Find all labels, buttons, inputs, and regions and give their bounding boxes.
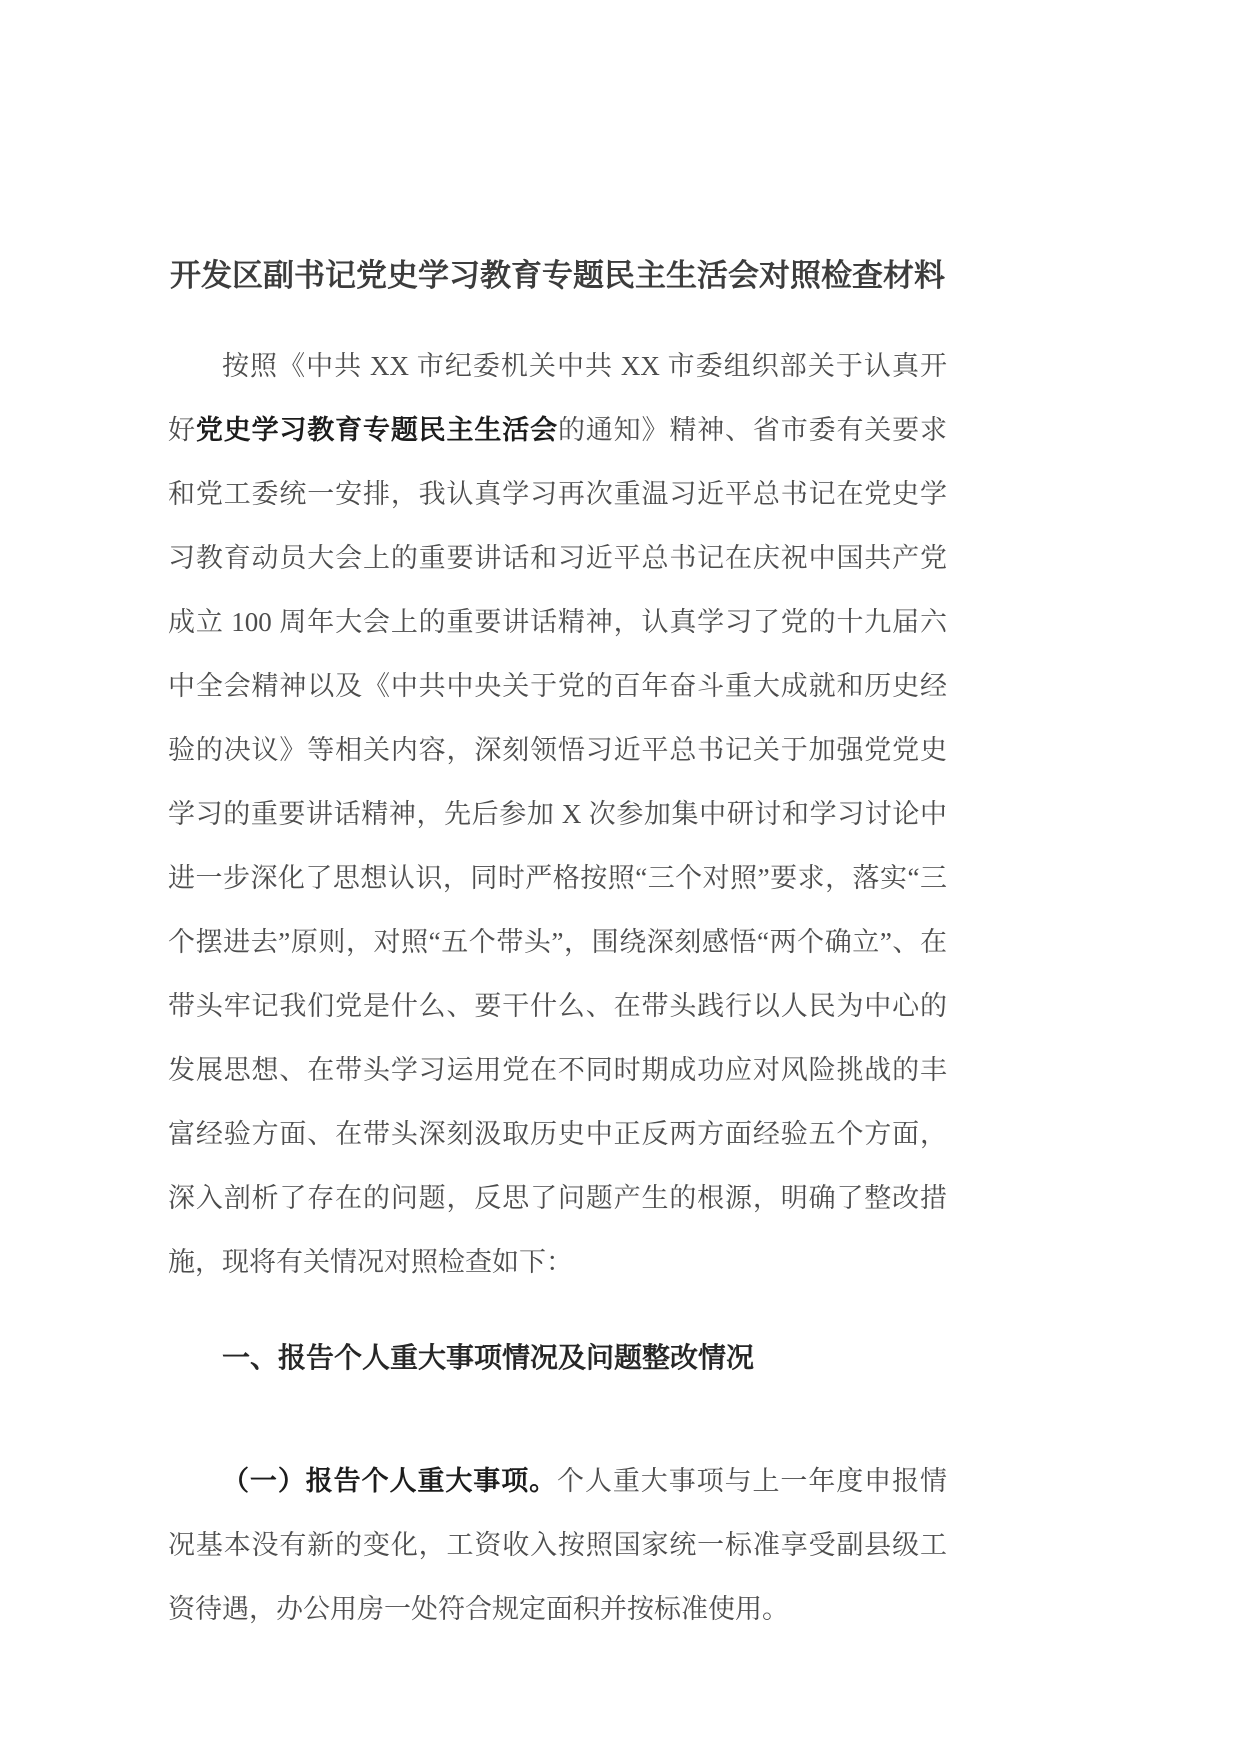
section-1-paragraph-1-lead-bold: （一）报告个人重大事项。 [222,1466,557,1496]
intro-paragraph: 按照《中共 XX 市纪委机关中共 XX 市委组织部关于认真开好党史学习教育专题民… [168,334,947,1294]
document-page: 开发区副书记党史学习教育专题民主生活会对照检查材料 按照《中共 XX 市纪委机关… [0,0,1241,1755]
intro-run-bold: 党史学习教育专题民主生活会 [196,415,558,445]
section-1-heading: 一、报告个人重大事项情况及问题整改情况 [168,1327,947,1391]
section-1-paragraph-1: （一）报告个人重大事项。个人重大事项与上一年度申报情况基本没有新的变化，工资收入… [168,1449,947,1641]
intro-run-normal-2: 的通知》精神、省市委有关要求和党工委统一安排，我认真学习再次重温习近平总书记在党… [168,415,947,1277]
page-title: 开发区副书记党史学习教育专题民主生活会对照检查材料 [168,253,947,299]
